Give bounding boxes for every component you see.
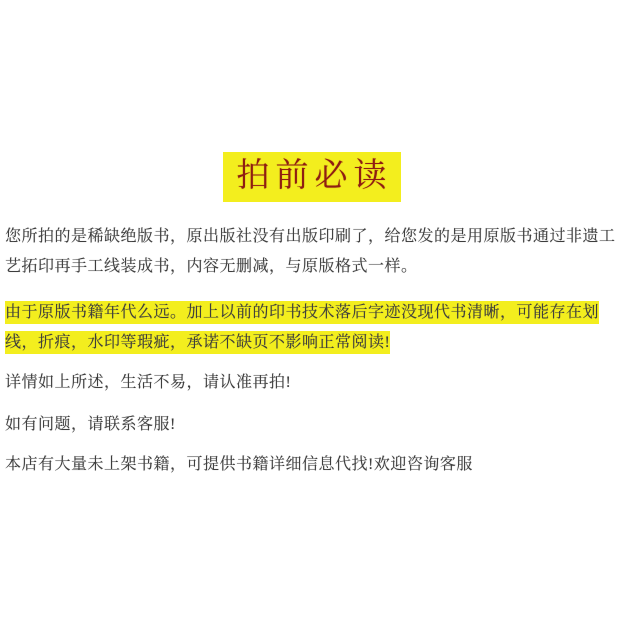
paragraph-reminder: 详情如上所述，生活不易，请认准再拍! [5,368,619,398]
paragraph-intro: 您所拍的是稀缺绝版书，原出版社没有出版印刷了，给您发的是用原版书通过非遗工艺拓印… [5,222,619,282]
title-row: 拍前必读 [0,152,623,202]
paragraph-condition-warning: 由于原版书籍年代么远。加上以前的印书技术落后字迹没现代书清晰，可能存在划线，折痕… [5,298,619,358]
highlighted-text: 由于原版书籍年代么远。加上以前的印书技术落后字迹没现代书清晰，可能存在划线，折痕… [5,301,599,354]
notice-page: 拍前必读 您所拍的是稀缺绝版书，原出版社没有出版印刷了，给您发的是用原版书通过非… [0,0,623,623]
notice-body: 您所拍的是稀缺绝版书，原出版社没有出版印刷了，给您发的是用原版书通过非遗工艺拓印… [5,222,619,480]
paragraph-catalog-service: 本店有大量未上架书籍，可提供书籍详细信息代找!欢迎咨询客服 [5,450,619,480]
paragraph-contact: 如有问题，请联系客服! [5,410,619,440]
page-title: 拍前必读 [223,152,401,202]
